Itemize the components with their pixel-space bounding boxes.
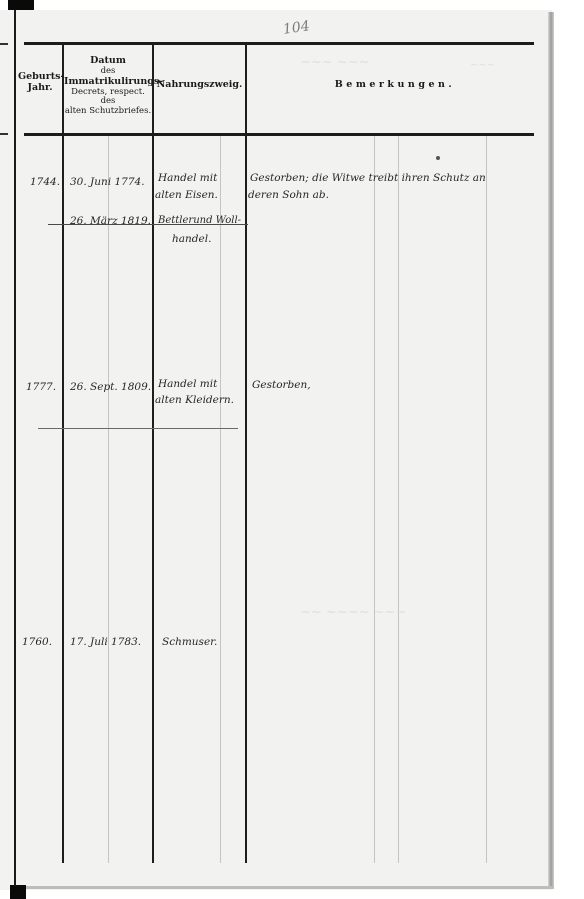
header-line: alten Schutzbriefes. xyxy=(64,107,152,117)
left-margin-rule xyxy=(0,43,8,45)
entry-date: 17. Juli 1783. xyxy=(70,636,141,648)
column-guide xyxy=(374,136,375,863)
bleed-through: ~~~ ~~~ xyxy=(300,55,370,70)
scan-border-top xyxy=(8,0,34,10)
entry-date: 26. Sept. 1809. xyxy=(70,381,151,393)
entry-remarks: Gestorben; die Witwe treibt ihren Schutz… xyxy=(250,172,486,184)
entry-trade: Handel mit xyxy=(158,378,217,390)
scan-border-bottom xyxy=(10,885,26,899)
bleed-through: ~~~ xyxy=(470,60,495,71)
column-guide xyxy=(398,136,399,863)
header-birth-year: Geburts- Jahr. xyxy=(18,72,62,94)
header-line: Jahr. xyxy=(18,83,62,94)
header-remarks: Bemerkungen. xyxy=(250,80,540,91)
column-divider xyxy=(245,45,247,133)
header-date: Datum des Immatrikulirungs- Decrets, res… xyxy=(64,56,152,117)
entry-sub-date: 26. März 1819. xyxy=(70,215,151,227)
page-bottom-edge xyxy=(18,886,554,889)
column-guide xyxy=(220,136,221,863)
ink-spot xyxy=(436,156,440,160)
column-guide xyxy=(486,136,487,863)
entry-trade: alten Kleidern. xyxy=(155,394,234,406)
page-right-edge xyxy=(548,12,554,888)
column-divider xyxy=(152,136,154,863)
entry-remarks: Gestorben, xyxy=(252,379,311,391)
entry-sub-trade: handel. xyxy=(172,233,211,245)
entry-birth-year: 1760. xyxy=(22,636,52,648)
entry-trade: Schmuser. xyxy=(162,636,217,648)
entry-birth-year: 1777. xyxy=(26,381,56,393)
column-divider xyxy=(245,136,247,863)
header-line: Immatrikulirungs- xyxy=(64,77,152,88)
entry-trade: Handel mit xyxy=(158,172,217,184)
entry-date: 30. Juni 1774. xyxy=(70,176,145,188)
bleed-through: ~~ ~~~~ ~~~ xyxy=(300,605,406,620)
entry-birth-year: 1744. xyxy=(30,176,60,188)
left-margin-rule xyxy=(0,133,8,135)
header-trade: Nahrungszweig. xyxy=(154,80,245,91)
entry-trade: alten Eisen. xyxy=(155,189,218,201)
header-top-rule xyxy=(24,42,534,45)
separator-line xyxy=(38,428,238,429)
binding-line xyxy=(14,10,16,886)
header-bottom-rule xyxy=(24,133,534,136)
entry-remarks: deren Sohn ab. xyxy=(248,189,329,201)
document-page xyxy=(0,10,552,890)
entry-sub-trade: Bettlerund Woll- xyxy=(158,215,241,226)
column-divider xyxy=(62,136,64,863)
column-guide xyxy=(108,136,109,863)
